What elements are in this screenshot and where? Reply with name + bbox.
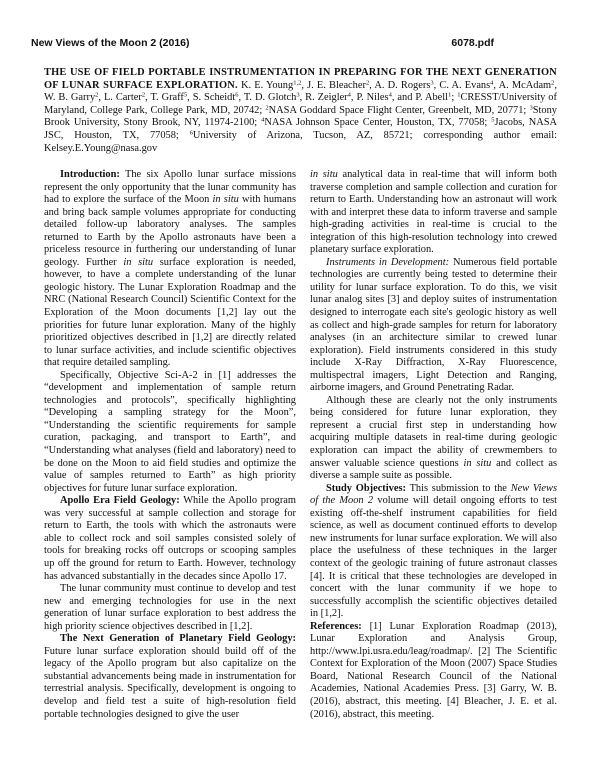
emphasis-in-situ: in situ bbox=[464, 458, 492, 469]
author: A. McAdam2 bbox=[499, 80, 555, 91]
author: A. D. Rogers3 bbox=[374, 80, 433, 91]
affiliation-marker: 2 bbox=[95, 92, 98, 99]
affiliation: NASA Goddard Space Flight Center, Greenb… bbox=[269, 105, 530, 116]
apollo-heading: Apollo Era Field Geology: bbox=[60, 495, 180, 506]
apollo-paragraph-2: The lunar community must continue to dev… bbox=[44, 583, 296, 633]
running-header-title: New Views of the Moon 2 (2016) bbox=[31, 37, 190, 49]
running-header-filename: 6078.pdf bbox=[451, 37, 494, 49]
affiliation-marker: 3 bbox=[430, 79, 433, 86]
references-heading: References: bbox=[310, 621, 362, 632]
nextgen-heading: The Next Generation of Planetary Field G… bbox=[60, 633, 296, 644]
author: T. Graff5 bbox=[150, 92, 187, 103]
nextgen-paragraph-1: The Next Generation of Planetary Field G… bbox=[44, 633, 296, 721]
author: L. Carter2 bbox=[104, 92, 145, 103]
affiliation-marker: 1,2 bbox=[293, 79, 301, 86]
affiliation-marker: 2 bbox=[142, 92, 145, 99]
affiliation: NASA Johnson Space Center, Houston, TX, … bbox=[264, 117, 491, 128]
nextgen-paragraph-continued: in situ analytical data in real-time tha… bbox=[310, 169, 557, 257]
emphasis-in-situ: in situ bbox=[123, 257, 153, 268]
apollo-paragraph-1: Apollo Era Field Geology: While the Apol… bbox=[44, 495, 296, 583]
study-heading: Study Objectives: bbox=[326, 483, 406, 494]
affiliation-marker: 2 bbox=[551, 79, 554, 86]
author: W. B. Garry2 bbox=[44, 92, 98, 103]
affiliation: University of Arizona, Tucson, AZ, 85721… bbox=[193, 130, 423, 141]
affiliation-marker: 2 bbox=[366, 79, 369, 86]
affiliation-marker: 3 bbox=[296, 92, 299, 99]
references-list: http://www.lpi.usra.edu/leag/roadmap/. [… bbox=[310, 646, 557, 720]
study-objectives-paragraph: Study Objectives: This submission to the… bbox=[310, 483, 557, 621]
right-column: in situ analytical data in real-time tha… bbox=[310, 169, 557, 721]
left-column: Introduction: The six Apollo lunar surfa… bbox=[44, 169, 296, 721]
emphasis-in-situ: in situ bbox=[310, 169, 338, 180]
instruments-paragraph-2: Although these are clearly not the only … bbox=[310, 395, 557, 483]
author: S. Scheidt6 bbox=[193, 92, 239, 103]
author: C. A. Evans4 bbox=[439, 80, 493, 91]
author: R. Zeigler4 bbox=[305, 92, 351, 103]
emphasis-in-situ: in situ bbox=[213, 194, 239, 205]
author: and P. Abell1 bbox=[397, 92, 451, 103]
intro-heading: Introduction: bbox=[60, 169, 120, 180]
affiliation-marker: 4 bbox=[389, 92, 392, 99]
affiliation-marker: 1 bbox=[448, 92, 451, 99]
author: T. D. Glotch3 bbox=[244, 92, 300, 103]
affiliation-marker: 4 bbox=[348, 92, 351, 99]
instruments-paragraph-1: Instruments in Development: Numerous fie… bbox=[310, 257, 557, 395]
affiliation-marker: 5 bbox=[184, 92, 187, 99]
author: J. E. Bleacher2 bbox=[307, 80, 369, 91]
affiliation-marker: 6 bbox=[235, 92, 238, 99]
intro-paragraph-2: Specifically, Objective Sci-A-2 in [1] a… bbox=[44, 370, 296, 495]
references-section: References: [1] Lunar Exploration Roadma… bbox=[310, 621, 557, 721]
affiliation-marker: 4 bbox=[490, 79, 493, 86]
author: P. Niles4 bbox=[356, 92, 391, 103]
title-block: THE USE OF FIELD PORTABLE INSTRUMENTATIO… bbox=[44, 67, 557, 155]
instruments-heading: Instruments in Development: bbox=[326, 257, 449, 268]
intro-paragraph-1: Introduction: The six Apollo lunar surfa… bbox=[44, 169, 296, 370]
author: K. E. Young1,2 bbox=[241, 80, 301, 91]
